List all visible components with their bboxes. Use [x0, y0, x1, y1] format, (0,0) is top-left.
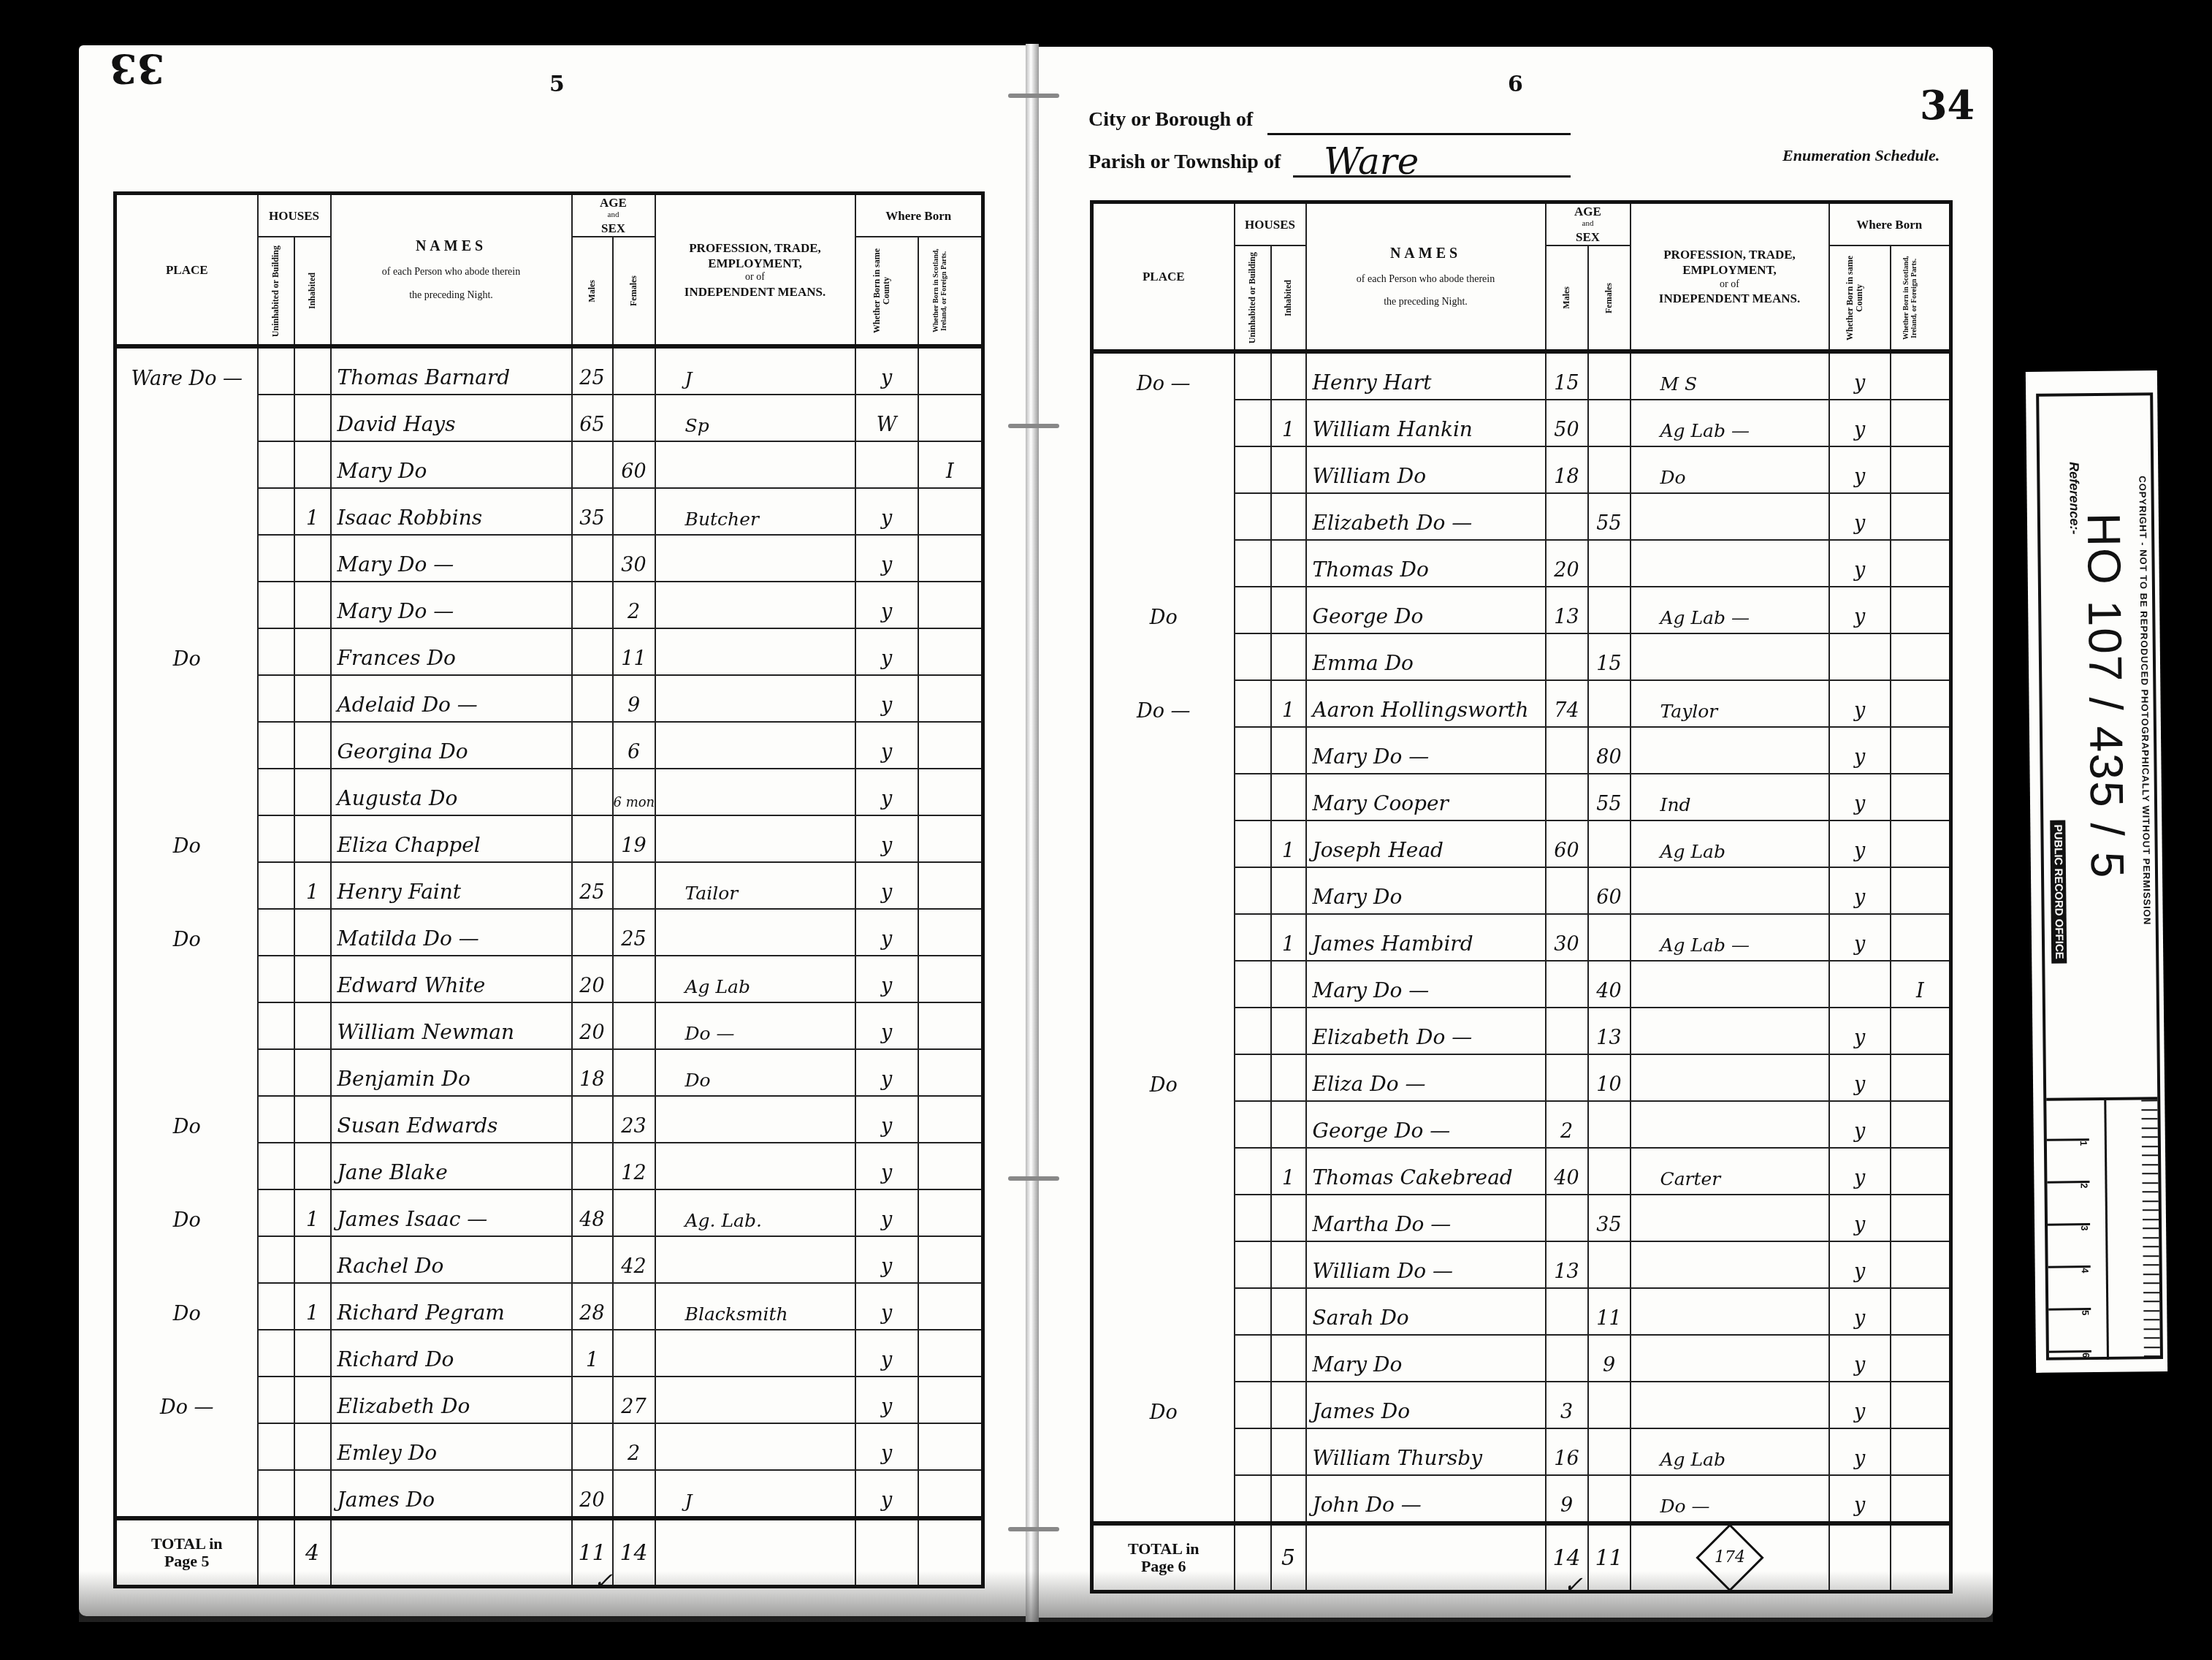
uninhabited-cell	[1235, 633, 1271, 680]
total-label-left: TOTAL in Page 5	[115, 1518, 258, 1587]
name-cell: Edward White	[331, 956, 572, 1002]
header-born-foreign: Whether Born in Scotland, Ireland, or Fo…	[918, 237, 983, 346]
ruler-cm-mark: 5	[2048, 1308, 2091, 1316]
female-age-cell: 6 months	[613, 769, 655, 815]
uninhabited-cell	[258, 675, 294, 722]
uninhabited-cell	[258, 1423, 294, 1470]
female-age-cell	[613, 862, 655, 909]
place-cell	[115, 1330, 258, 1377]
inhabited-cell	[294, 815, 331, 862]
uninhabited-cell	[1235, 400, 1271, 446]
place-cell	[115, 1423, 258, 1470]
female-age-cell	[613, 1189, 655, 1236]
inhabited-cell	[294, 582, 331, 628]
place-cell	[1092, 1148, 1235, 1195]
inhabited-cell	[294, 1470, 331, 1518]
table-row: Mary Do60y	[1092, 867, 1951, 914]
page-number-left: 5	[549, 72, 565, 97]
ruler-cm-mark: 3	[2048, 1223, 2090, 1231]
occupation-cell: Tailor	[655, 862, 855, 909]
ruler-tick	[2143, 1219, 2159, 1220]
born-county-cell: y	[1829, 1101, 1891, 1148]
born-county-cell: y	[855, 582, 918, 628]
born-county-cell: y	[1829, 774, 1891, 821]
inhabited-cell	[1271, 493, 1306, 540]
uninhabited-cell	[258, 1330, 294, 1377]
place-cell: Do —	[1092, 351, 1235, 400]
place-cell: Do —	[115, 1377, 258, 1423]
name-cell: Elizabeth Do —	[1306, 493, 1546, 540]
born-county-cell: y	[855, 862, 918, 909]
total-females-left: 14	[613, 1518, 655, 1587]
place-cell	[1092, 1335, 1235, 1382]
inhabited-cell: 1	[1271, 1148, 1306, 1195]
male-age-cell	[1546, 727, 1588, 774]
inhabited-cell	[294, 1143, 331, 1189]
name-cell: Mary Do —	[331, 582, 572, 628]
header-males: Males	[572, 237, 613, 346]
born-county-cell: y	[1829, 1148, 1891, 1195]
table-row: David Hays65SpW	[115, 395, 983, 441]
born-county-cell: y	[1829, 1475, 1891, 1523]
female-age-cell: 35	[1588, 1195, 1631, 1241]
female-age-cell: 2	[613, 582, 655, 628]
female-age-cell	[613, 346, 655, 395]
uninhabited-cell	[258, 769, 294, 815]
place-cell: Do	[1092, 1382, 1235, 1428]
born-foreign-cell: I	[1891, 961, 1951, 1008]
born-foreign-cell	[918, 628, 983, 675]
female-age-cell	[1588, 1241, 1631, 1288]
male-age-cell	[1546, 633, 1588, 680]
born-county-cell: y	[1829, 1054, 1891, 1101]
uninhabited-cell	[1235, 914, 1271, 961]
place-cell	[115, 1049, 258, 1096]
table-row: DoMatilda Do —25y	[115, 909, 983, 956]
female-age-cell: 25	[613, 909, 655, 956]
binding-stitch	[1008, 424, 1059, 428]
occupation-cell	[1631, 493, 1829, 540]
header-males: Males	[1546, 245, 1588, 351]
born-foreign-cell	[918, 815, 983, 862]
female-age-cell	[613, 395, 655, 441]
folio-number-right: 34	[1920, 82, 1975, 129]
occupation-cell	[655, 1423, 855, 1470]
born-foreign-cell	[918, 1236, 983, 1283]
born-county-cell: y	[1829, 867, 1891, 914]
born-foreign-cell	[1891, 1428, 1951, 1475]
public-record-office-label: PUBLIC RECORD OFFICE	[2050, 820, 2067, 963]
female-age-cell: 60	[1588, 867, 1631, 914]
uninhabited-cell	[1235, 1475, 1271, 1523]
male-age-cell: 15	[1546, 351, 1588, 400]
ruler-tick	[2144, 1355, 2160, 1357]
uninhabited-cell	[258, 488, 294, 535]
born-foreign-cell	[918, 1423, 983, 1470]
table-row: 1James Hambird30Ag Lab —y	[1092, 914, 1951, 961]
table-row: George Do —2y	[1092, 1101, 1951, 1148]
measurement-ruler: 123456	[2046, 1097, 2160, 1360]
table-row: Do1James Isaac —48Ag. Lab.y	[115, 1189, 983, 1236]
born-foreign-cell	[918, 1283, 983, 1330]
inhabited-cell	[294, 769, 331, 815]
uninhabited-cell	[258, 1189, 294, 1236]
born-county-cell: y	[1829, 587, 1891, 633]
table-row: DoEliza Chappel19y	[115, 815, 983, 862]
born-county-cell: y	[855, 1283, 918, 1330]
inhabited-cell: 1	[1271, 680, 1306, 727]
born-foreign-cell	[918, 395, 983, 441]
occupation-cell	[1631, 1382, 1829, 1428]
born-foreign-cell	[918, 956, 983, 1002]
name-cell: Matilda Do —	[331, 909, 572, 956]
name-cell: Rachel Do	[331, 1236, 572, 1283]
uninhabited-cell	[1235, 867, 1271, 914]
female-age-cell: 55	[1588, 774, 1631, 821]
check-mark-right: ✓	[1563, 1571, 1583, 1599]
table-row: Emma Do15	[1092, 633, 1951, 680]
occupation-cell	[655, 441, 855, 488]
born-county-cell: y	[855, 1189, 918, 1236]
census-table-left: PLACE HOUSES NAMES of each Person who ab…	[113, 191, 985, 1588]
male-age-cell	[572, 1377, 613, 1423]
occupation-cell	[655, 722, 855, 769]
table-row: 1Joseph Head60Ag Laby	[1092, 821, 1951, 867]
inhabited-cell	[294, 535, 331, 582]
ruler-tick	[2143, 1292, 2159, 1293]
name-cell: Richard Do	[331, 1330, 572, 1377]
table-row: Do —1Aaron Hollingsworth74Taylory	[1092, 680, 1951, 727]
born-county-cell: y	[855, 488, 918, 535]
name-cell: John Do —	[1306, 1475, 1546, 1523]
page-number-right: 6	[1508, 72, 1523, 97]
ruler-tick	[2142, 1154, 2158, 1156]
census-table-right: PLACE HOUSES NAMES of each Person who ab…	[1090, 200, 1953, 1594]
female-age-cell	[1588, 914, 1631, 961]
name-cell: Emley Do	[331, 1423, 572, 1470]
place-cell: Do	[1092, 587, 1235, 633]
table-row: Augusta Do6 monthsy	[115, 769, 983, 815]
place-cell	[1092, 1428, 1235, 1475]
born-foreign-cell	[918, 488, 983, 535]
ruler-tick	[2142, 1118, 2158, 1119]
place-cell	[115, 675, 258, 722]
occupation-cell: Ag Lab	[655, 956, 855, 1002]
female-age-cell	[1588, 821, 1631, 867]
male-age-cell	[1546, 1335, 1588, 1382]
inhabited-cell	[1271, 1101, 1306, 1148]
table-row: Sarah Do11y	[1092, 1288, 1951, 1335]
born-foreign-cell	[1891, 587, 1951, 633]
occupation-cell	[655, 1377, 855, 1423]
female-age-cell	[613, 1049, 655, 1096]
born-foreign-cell	[918, 909, 983, 956]
header-houses: HOUSES	[1235, 202, 1306, 246]
ruler-tick	[2143, 1246, 2159, 1247]
table-row: Elizabeth Do —55y	[1092, 493, 1951, 540]
header-females: Females	[613, 237, 655, 346]
born-foreign-cell	[918, 722, 983, 769]
occupation-cell: J	[655, 1470, 855, 1518]
table-row: Do —Henry Hart15M Sy	[1092, 351, 1951, 400]
place-cell	[1092, 774, 1235, 821]
place-cell	[115, 535, 258, 582]
uninhabited-cell	[1235, 1241, 1271, 1288]
born-county-cell: y	[1829, 1195, 1891, 1241]
uninhabited-cell	[258, 1143, 294, 1189]
born-foreign-cell	[1891, 493, 1951, 540]
ruler-tick	[2143, 1237, 2159, 1238]
ruler-tick	[2142, 1182, 2158, 1184]
inhabited-cell	[294, 395, 331, 441]
female-age-cell: 6	[613, 722, 655, 769]
inhabited-cell	[1271, 1054, 1306, 1101]
born-county-cell: y	[855, 1423, 918, 1470]
inhabited-cell	[1271, 867, 1306, 914]
inhabited-cell	[294, 1330, 331, 1377]
male-age-cell	[1546, 961, 1588, 1008]
occupation-cell	[1631, 633, 1829, 680]
male-age-cell	[572, 441, 613, 488]
name-cell: Joseph Head	[1306, 821, 1546, 867]
born-county-cell	[1829, 633, 1891, 680]
place-cell: Do	[115, 1283, 258, 1330]
book-gutter	[1026, 44, 1039, 1622]
occupation-cell	[1631, 1195, 1829, 1241]
parish-value: Ware	[1324, 140, 1419, 183]
born-foreign-cell	[918, 1330, 983, 1377]
occupation-cell	[655, 1330, 855, 1377]
city-label: City or Borough of	[1088, 108, 1253, 132]
table-row: DoFrances Do11y	[115, 628, 983, 675]
male-age-cell: 40	[1546, 1148, 1588, 1195]
place-cell	[115, 395, 258, 441]
name-cell: Elizabeth Do	[331, 1377, 572, 1423]
name-cell: William Thursby	[1306, 1428, 1546, 1475]
table-row: DoSusan Edwards23y	[115, 1096, 983, 1143]
female-age-cell: 9	[613, 675, 655, 722]
uninhabited-cell	[258, 1283, 294, 1330]
table-row: DoJames Do3y	[1092, 1382, 1951, 1428]
name-cell: Sarah Do	[1306, 1288, 1546, 1335]
male-age-cell: 9	[1546, 1475, 1588, 1523]
inhabited-cell: 1	[1271, 914, 1306, 961]
name-cell: Mary Do	[331, 441, 572, 488]
header-born-county: Whether Born in same County	[855, 237, 918, 346]
ruler-tick	[2144, 1337, 2160, 1339]
name-cell: Mary Do	[1306, 867, 1546, 914]
place-cell	[1092, 821, 1235, 867]
born-county-cell: y	[855, 535, 918, 582]
table-row: William Do —13y	[1092, 1241, 1951, 1288]
name-cell: Henry Hart	[1306, 351, 1546, 400]
ruler-tick	[2143, 1273, 2159, 1275]
female-age-cell	[613, 1283, 655, 1330]
born-foreign-cell	[1891, 680, 1951, 727]
place-cell	[115, 722, 258, 769]
header-where-born: Where Born	[1829, 202, 1951, 246]
male-age-cell: 60	[1546, 821, 1588, 867]
female-age-cell	[1588, 446, 1631, 493]
born-foreign-cell	[1891, 774, 1951, 821]
header-houses: HOUSES	[258, 194, 331, 237]
place-cell: Do	[115, 815, 258, 862]
occupation-cell	[1631, 1335, 1829, 1382]
female-age-cell	[1588, 587, 1631, 633]
inhabited-cell	[1271, 1241, 1306, 1288]
female-age-cell: 60	[613, 441, 655, 488]
name-cell: Henry Faint	[331, 862, 572, 909]
inhabited-cell	[294, 628, 331, 675]
inhabited-cell	[294, 1377, 331, 1423]
place-cell	[1092, 727, 1235, 774]
table-row: 1Isaac Robbins35Butchery	[115, 488, 983, 535]
born-foreign-cell	[918, 769, 983, 815]
occupation-cell	[1631, 1054, 1829, 1101]
name-cell: Georgina Do	[331, 722, 572, 769]
male-age-cell	[572, 815, 613, 862]
copyright-notice: COPYRIGHT - NOT TO BE REPRODUCED PHOTOGR…	[2137, 476, 2152, 925]
occupation-cell: Ind	[1631, 774, 1829, 821]
male-age-cell	[572, 675, 613, 722]
table-row: Adelaid Do —9y	[115, 675, 983, 722]
uninhabited-cell	[258, 815, 294, 862]
table-row: Do1Richard Pegram28Blacksmithy	[115, 1283, 983, 1330]
inhabited-cell	[1271, 1195, 1306, 1241]
born-foreign-cell	[918, 1377, 983, 1423]
name-cell: Thomas Cakebread	[1306, 1148, 1546, 1195]
born-foreign-cell	[1891, 1335, 1951, 1382]
born-county-cell: y	[855, 1096, 918, 1143]
occupation-cell	[1631, 1241, 1829, 1288]
born-foreign-cell	[1891, 1288, 1951, 1335]
born-foreign-cell	[918, 1189, 983, 1236]
uninhabited-cell	[1235, 587, 1271, 633]
header-uninhabited: Uninhabited or Building	[1235, 245, 1271, 351]
reference-code: HO 107 / 435 / 5	[2077, 512, 2135, 879]
male-age-cell	[572, 582, 613, 628]
inhabited-cell: 1	[294, 862, 331, 909]
name-cell: George Do	[1306, 587, 1546, 633]
table-row: Mary Do9y	[1092, 1335, 1951, 1382]
born-foreign-cell	[1891, 914, 1951, 961]
female-age-cell: 11	[1588, 1288, 1631, 1335]
ruler-tick	[2142, 1164, 2158, 1165]
occupation-cell	[1631, 961, 1829, 1008]
header-where-born: Where Born	[855, 194, 983, 237]
total-label-right: TOTAL in Page 6	[1092, 1523, 1235, 1592]
female-age-cell	[1588, 1148, 1631, 1195]
occupation-cell	[655, 675, 855, 722]
occupation-cell: Ag Lab	[1631, 821, 1829, 867]
occupation-cell: Ag Lab —	[1631, 914, 1829, 961]
born-county-cell: y	[1829, 1382, 1891, 1428]
female-age-cell	[1588, 680, 1631, 727]
check-mark-left: ✓	[593, 1567, 613, 1595]
female-age-cell	[613, 956, 655, 1002]
schedule-label: Enumeration Schedule.	[1782, 146, 1940, 165]
inhabited-cell: 1	[294, 488, 331, 535]
male-age-cell	[572, 1423, 613, 1470]
ruler-tick	[2143, 1191, 2159, 1192]
ruler-tick	[2143, 1255, 2159, 1257]
place-cell	[1092, 1475, 1235, 1523]
place-cell	[115, 441, 258, 488]
ruler-tick	[2143, 1282, 2159, 1284]
name-cell: Mary Do —	[331, 535, 572, 582]
place-cell: Ware Do —	[115, 346, 258, 395]
inhabited-cell	[1271, 1288, 1306, 1335]
male-age-cell: 50	[1546, 400, 1588, 446]
female-age-cell: 11	[613, 628, 655, 675]
inhabited-cell	[1271, 774, 1306, 821]
male-age-cell: 2	[1546, 1101, 1588, 1148]
female-age-cell: 2	[613, 1423, 655, 1470]
born-county-cell: y	[855, 909, 918, 956]
place-cell	[1092, 400, 1235, 446]
inhabited-cell: 1	[294, 1283, 331, 1330]
born-foreign-cell	[1891, 821, 1951, 867]
male-age-cell: 18	[1546, 446, 1588, 493]
parish-label: Parish or Township of	[1088, 151, 1281, 174]
born-county-cell: y	[855, 1330, 918, 1377]
occupation-cell: Ag Lab —	[1631, 400, 1829, 446]
place-cell	[115, 1236, 258, 1283]
occupation-cell	[655, 1096, 855, 1143]
name-cell: Elizabeth Do —	[1306, 1008, 1546, 1054]
occupation-cell: Do —	[1631, 1475, 1829, 1523]
name-cell: Isaac Robbins	[331, 488, 572, 535]
place-cell	[1092, 1101, 1235, 1148]
ruler-cm-mark: 6	[2049, 1350, 2091, 1358]
uninhabited-cell	[1235, 1101, 1271, 1148]
male-age-cell: 20	[1546, 540, 1588, 587]
female-age-cell	[1588, 540, 1631, 587]
name-cell: James Do	[1306, 1382, 1546, 1428]
male-age-cell: 20	[572, 1002, 613, 1049]
table-row: Thomas Do20y	[1092, 540, 1951, 587]
born-foreign-cell	[918, 675, 983, 722]
male-age-cell: 13	[1546, 1241, 1588, 1288]
uninhabited-cell	[258, 909, 294, 956]
place-cell: Do —	[1092, 680, 1235, 727]
female-age-cell: 12	[613, 1143, 655, 1189]
inhabited-cell	[294, 1096, 331, 1143]
ruler-tick	[2143, 1209, 2159, 1211]
born-county-cell: W	[855, 395, 918, 441]
female-age-cell	[1588, 1428, 1631, 1475]
table-row: Richard Do1y	[115, 1330, 983, 1377]
name-cell: William Newman	[331, 1002, 572, 1049]
table-row: Emley Do2y	[115, 1423, 983, 1470]
occupation-cell: M S	[1631, 351, 1829, 400]
uninhabited-cell	[1235, 446, 1271, 493]
female-age-cell: 15	[1588, 633, 1631, 680]
place-cell	[1092, 540, 1235, 587]
male-age-cell	[572, 1143, 613, 1189]
place-cell	[1092, 867, 1235, 914]
female-age-cell: 55	[1588, 493, 1631, 540]
occupation-cell: Taylor	[1631, 680, 1829, 727]
male-age-cell	[1546, 774, 1588, 821]
born-county-cell: y	[1829, 821, 1891, 867]
born-foreign-cell	[1891, 540, 1951, 587]
uninhabited-cell	[1235, 1054, 1271, 1101]
name-cell: Mary Do —	[1306, 961, 1546, 1008]
inhabited-cell	[1271, 1008, 1306, 1054]
place-cell: Do	[1092, 1054, 1235, 1101]
female-age-cell: 9	[1588, 1335, 1631, 1382]
